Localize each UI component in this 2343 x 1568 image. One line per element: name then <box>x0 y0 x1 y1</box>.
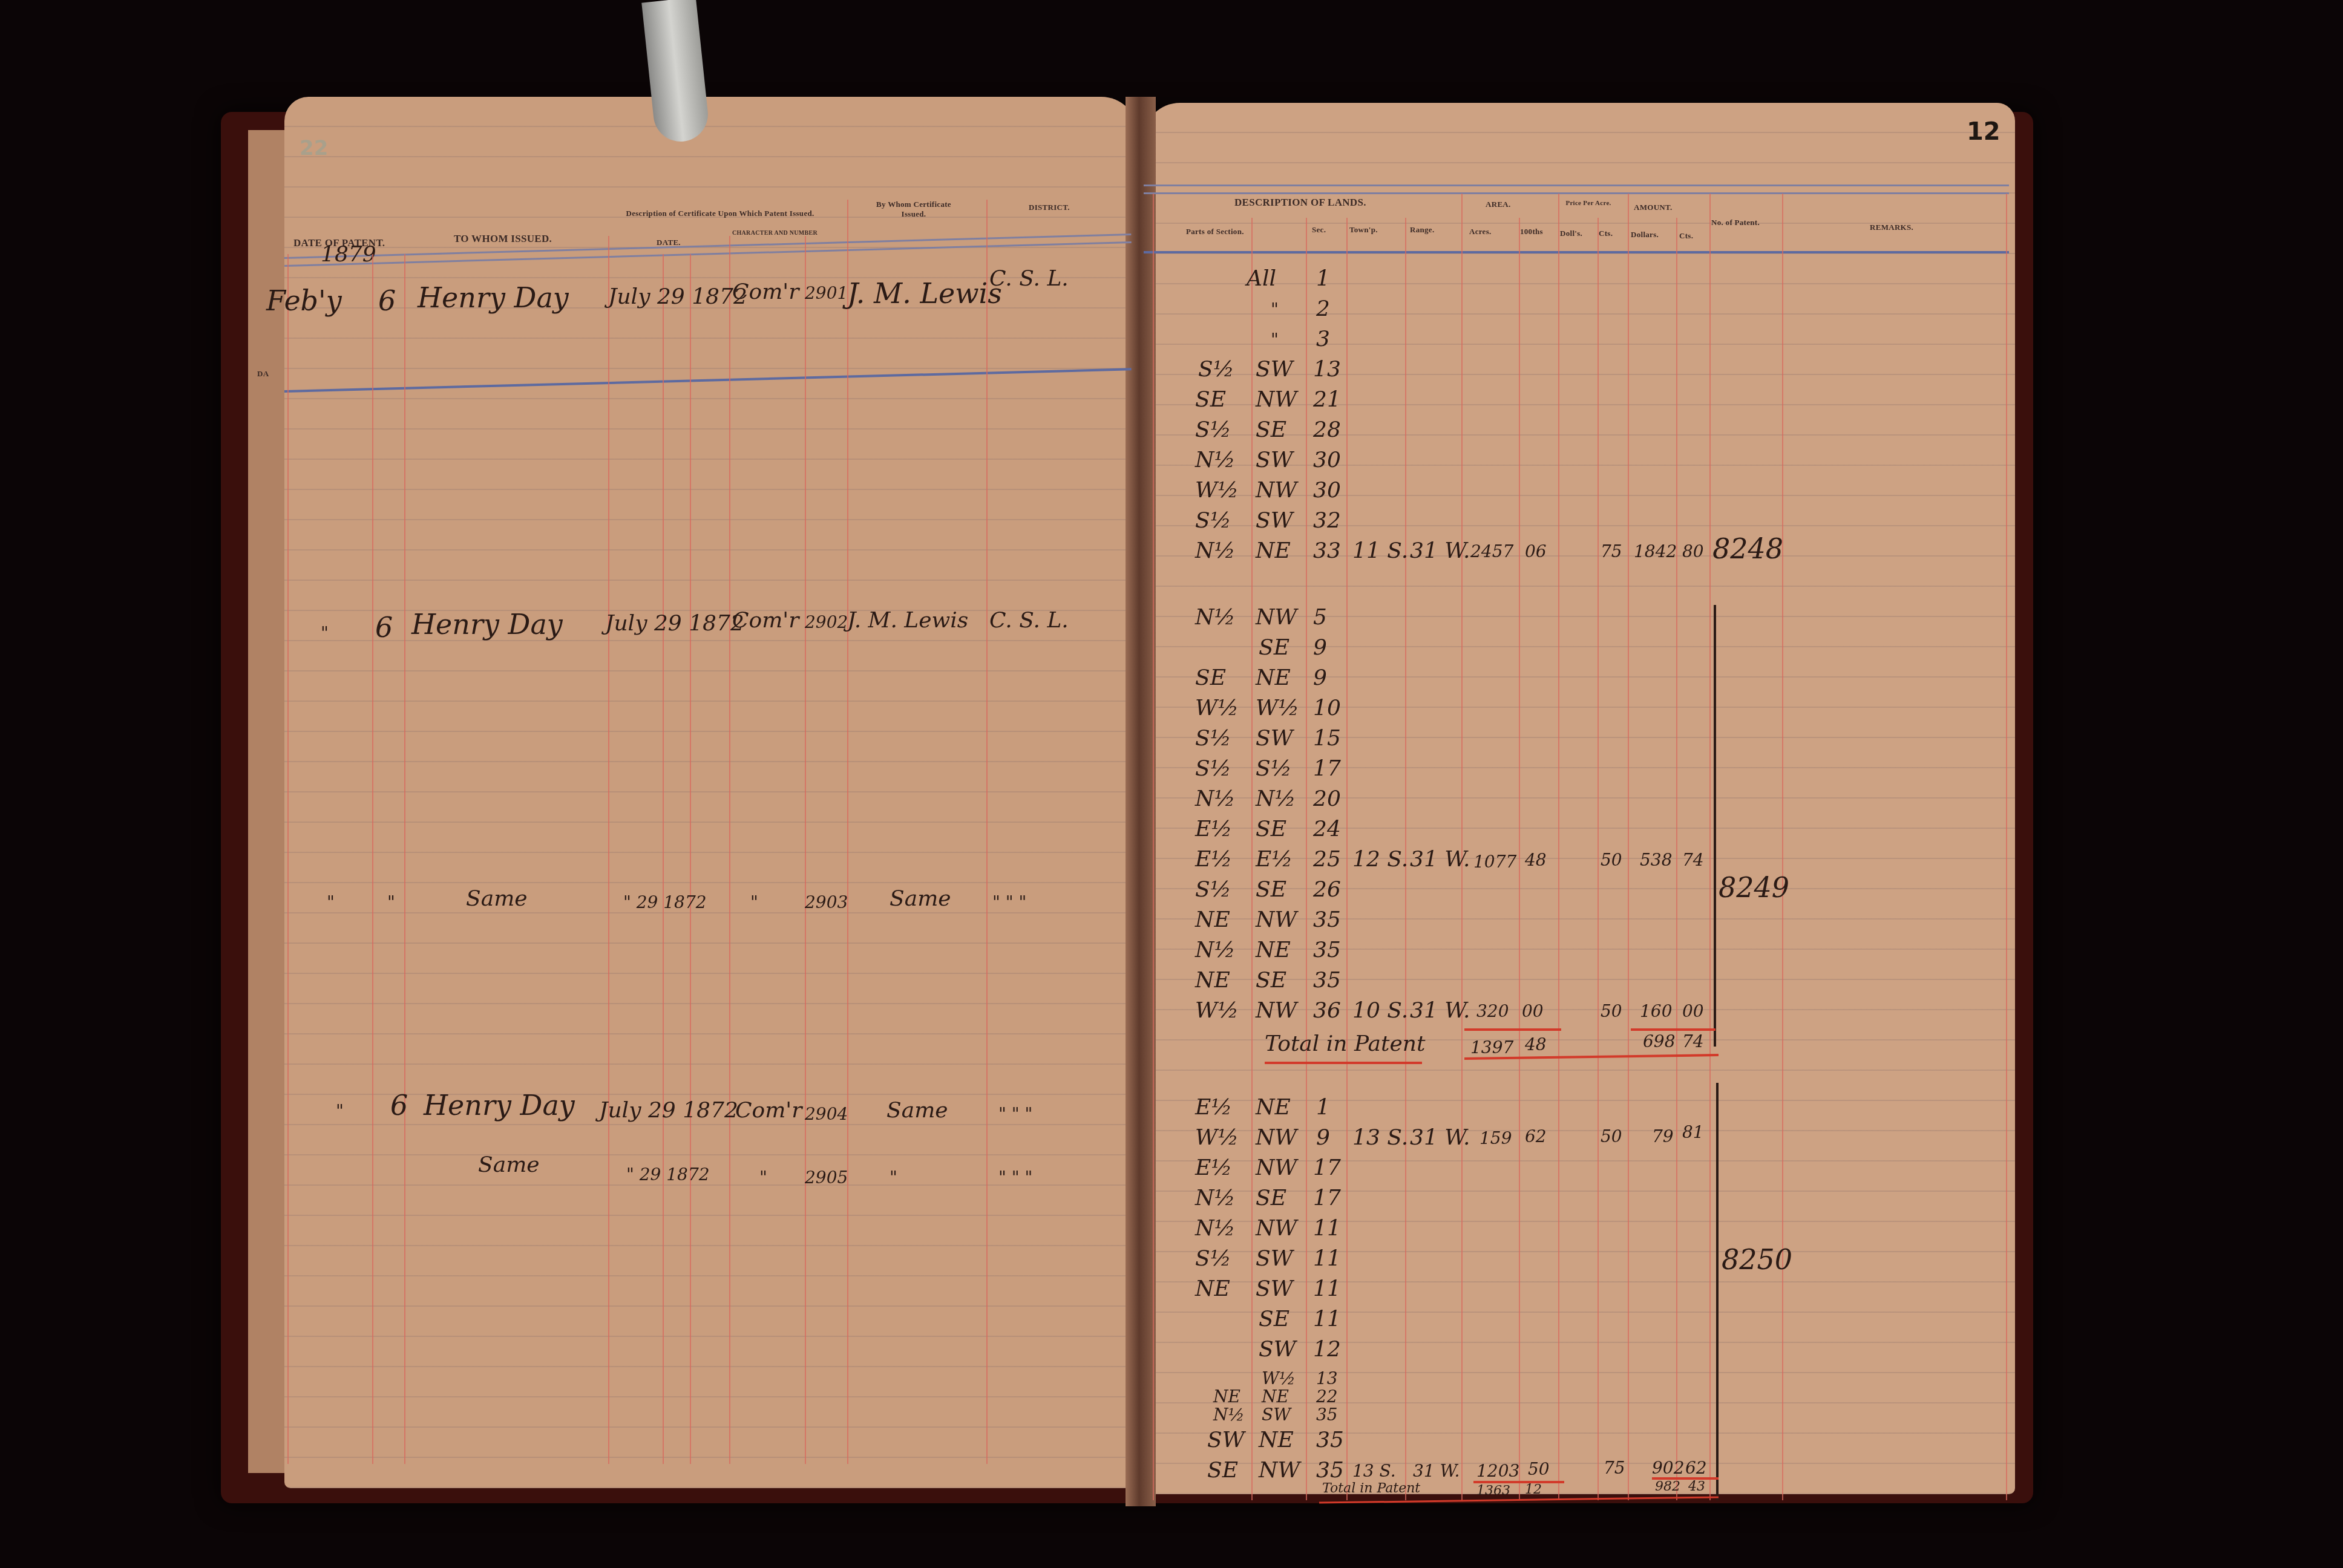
land-range: 31 W. <box>1410 847 1470 872</box>
entry-day: 6 <box>390 1089 408 1122</box>
land-sec: 33 <box>1313 538 1341 563</box>
land-cts: 74 <box>1682 850 1704 870</box>
entry-by-whom: J. M. Lewis <box>847 277 1002 310</box>
land-sec: 36 <box>1313 998 1341 1023</box>
year-label: 1879 <box>321 242 376 267</box>
land-part: N½ <box>1195 605 1235 630</box>
land-quarter: NW <box>1256 907 1297 932</box>
land-quarter: N½ <box>1256 786 1296 811</box>
land-quarter: SE <box>1256 968 1286 993</box>
land-sec: 35 <box>1313 968 1341 993</box>
entry-by-whom: J. M. Lewis <box>847 608 968 633</box>
land-part: N½ <box>1195 938 1235 962</box>
land-quarter: NE <box>1256 665 1291 690</box>
land-part: S½ <box>1195 1246 1231 1271</box>
land-quarter: NW <box>1256 478 1297 503</box>
patent-number: 8249 <box>1719 871 1789 904</box>
total-acres: 1397 <box>1470 1037 1513 1057</box>
land-sec: 35 <box>1313 938 1341 962</box>
land-sec: 22 <box>1316 1387 1338 1406</box>
total-dollars: 698 <box>1643 1031 1675 1051</box>
land-part: N½ <box>1195 538 1235 563</box>
land-part: S½ <box>1195 877 1231 902</box>
land-quarter: NW <box>1256 387 1297 412</box>
entry-cert-char: " <box>750 892 758 912</box>
land-sec: 1 <box>1316 1095 1330 1120</box>
land-quarter: NE <box>1262 1387 1289 1406</box>
land-quarter: NW <box>1256 1125 1297 1150</box>
col-rule <box>1628 194 1629 1500</box>
col-rule <box>608 236 609 1464</box>
entry-name: Same <box>466 886 528 911</box>
land-sec: 35 <box>1313 907 1341 932</box>
land-quarter: SW <box>1256 357 1293 382</box>
entry-cert-date: July 29 1872 <box>599 1098 738 1123</box>
col-rule <box>729 236 730 1464</box>
col-rule <box>1346 218 1348 1500</box>
header-to-whom-issued: TO WHOM ISSUED. <box>454 233 552 245</box>
land-sec: 35 <box>1316 1428 1344 1452</box>
col-rule <box>287 254 289 1464</box>
header-cts: Cts. <box>1599 229 1613 238</box>
col-rule <box>1597 218 1599 1500</box>
col-rule <box>2006 194 2007 1500</box>
land-sec: 30 <box>1313 478 1341 503</box>
header-price-per-acre: Price Per Acre. <box>1561 200 1616 207</box>
land-hundredths: 48 <box>1525 850 1547 870</box>
col-rule <box>805 236 806 1464</box>
land-part: E½ <box>1195 1095 1232 1120</box>
header-parts-of-section: Parts of Section. <box>1186 227 1244 237</box>
header-remarks: REMARKS. <box>1870 223 1913 232</box>
land-sec: 11 <box>1313 1307 1341 1331</box>
header-bottom-rule <box>1144 251 2009 253</box>
land-part: NE <box>1195 907 1230 932</box>
land-range: 31 W. <box>1410 1125 1470 1150</box>
land-quarter: NW <box>1259 1458 1300 1483</box>
land-hundredths: 06 <box>1525 541 1547 561</box>
land-sec: 17 <box>1313 1155 1341 1180</box>
land-part: NE <box>1213 1387 1240 1406</box>
col-rule <box>847 200 848 1464</box>
land-quarter: E½ <box>1256 847 1293 872</box>
land-dollars: 160 <box>1640 1001 1672 1021</box>
land-sec: 12 <box>1313 1337 1341 1362</box>
land-part: SW <box>1207 1428 1245 1452</box>
land-sec: 20 <box>1313 786 1341 811</box>
header-top-rule <box>1144 185 2009 194</box>
land-acres: 320 <box>1476 1001 1509 1021</box>
land-township: 13 S. <box>1352 1461 1396 1481</box>
entry-cert-date: " 29 1872 <box>626 1165 710 1184</box>
land-sec: 25 <box>1313 847 1341 872</box>
land-part: E½ <box>1195 817 1232 841</box>
entry-cert-char: Com'r <box>732 279 799 304</box>
land-part: E½ <box>1195 847 1232 872</box>
land-dollars: 1842 <box>1634 541 1677 561</box>
entry-by-whom: " <box>890 1168 897 1187</box>
land-quarter: NE <box>1259 1428 1294 1452</box>
land-quarter: All <box>1247 266 1276 291</box>
entry-day: " <box>387 892 395 912</box>
land-sec: 32 <box>1313 508 1341 533</box>
total-hundredths: 48 <box>1525 1034 1547 1054</box>
col-rule <box>1709 194 1711 1500</box>
land-price-cts: 75 <box>1601 541 1622 561</box>
land-part: W½ <box>1195 696 1239 720</box>
land-sec: 13 <box>1313 357 1341 382</box>
land-sec: 9 <box>1313 665 1327 690</box>
land-quarter: SE <box>1259 1307 1289 1331</box>
land-sec: 1 <box>1316 266 1330 291</box>
col-rule <box>690 254 691 1464</box>
land-sec: 15 <box>1313 726 1341 751</box>
land-sec: 11 <box>1313 1216 1341 1241</box>
header-township: Town'p. <box>1349 225 1378 235</box>
land-sec: 30 <box>1313 448 1341 472</box>
header-amount: AMOUNT. <box>1634 203 1673 212</box>
land-part: NE <box>1195 968 1230 993</box>
entry-by-whom: Same <box>890 886 951 911</box>
land-part: N½ <box>1195 448 1235 472</box>
col-rule <box>372 254 373 1464</box>
land-quarter: SE <box>1256 817 1286 841</box>
land-range: 31 W. <box>1410 998 1470 1023</box>
entry-cert-char: Com'r <box>735 1098 802 1123</box>
land-township: 11 S. <box>1352 538 1408 563</box>
land-quarter: SE <box>1259 635 1289 660</box>
land-quarter: NW <box>1256 998 1297 1023</box>
entry-cert-char: Com'r <box>732 608 799 633</box>
land-township: 10 S. <box>1352 998 1408 1023</box>
land-sec: 5 <box>1313 605 1327 630</box>
header-hundredths: 100ths <box>1520 227 1543 237</box>
header-description-of-lands: DESCRIPTION OF LANDS. <box>1234 197 1366 209</box>
red-underline <box>1265 1062 1422 1064</box>
red-underline <box>1464 1028 1561 1031</box>
land-price-cts: 50 <box>1601 1001 1622 1021</box>
entry-month: " <box>321 623 329 643</box>
col-rule <box>1519 218 1520 1500</box>
header-no-of-patent: No. of Patent. <box>1711 218 1760 227</box>
land-part: S½ <box>1198 357 1234 382</box>
land-sec: 9 <box>1316 1125 1330 1150</box>
col-rule <box>1153 194 1154 1500</box>
land-sec: 13 <box>1316 1368 1338 1388</box>
land-part: S½ <box>1195 417 1231 442</box>
land-hundredths: 00 <box>1522 1001 1544 1021</box>
entry-cert-number: 2903 <box>805 892 848 912</box>
entry-cert-date: July 29 1872 <box>605 611 744 636</box>
land-part: W½ <box>1195 998 1239 1023</box>
land-price-cts: 50 <box>1601 850 1622 870</box>
entry-name: Henry Day <box>424 1089 575 1122</box>
land-acres: 2457 <box>1470 541 1513 561</box>
land-part: NE <box>1195 1276 1230 1301</box>
land-sec: 2 <box>1316 296 1330 321</box>
land-acres: 1077 <box>1473 852 1516 872</box>
land-acres: 1203 <box>1476 1461 1519 1481</box>
land-sec: 26 <box>1313 877 1341 902</box>
total-label: Total in Patent <box>1265 1031 1425 1056</box>
land-township: 13 S. <box>1352 1125 1408 1150</box>
total-cts: 43 <box>1688 1479 1705 1494</box>
header-area: AREA. <box>1486 200 1511 209</box>
land-dollars: 79 <box>1652 1126 1674 1146</box>
land-quarter: NW <box>1256 605 1297 630</box>
total-cts: 74 <box>1682 1031 1704 1051</box>
land-range: 31 W. <box>1410 538 1470 563</box>
land-quarter: SW <box>1256 1246 1293 1271</box>
entry-cert-number: 2905 <box>805 1168 848 1187</box>
land-quarter: W½ <box>1256 696 1299 720</box>
entry-district: " " " <box>998 1104 1032 1124</box>
land-part: N½ <box>1195 1186 1235 1210</box>
land-quarter: NW <box>1256 1216 1297 1241</box>
land-part: SE <box>1207 1458 1238 1483</box>
land-range: 31 W. <box>1413 1461 1460 1481</box>
land-quarter: SE <box>1256 417 1286 442</box>
entry-cert-number: 2902 <box>805 612 848 632</box>
header-range: Range. <box>1410 225 1434 235</box>
patent-number: 8248 <box>1712 532 1783 565</box>
col-rule <box>1558 194 1559 1500</box>
land-cts: 00 <box>1682 1001 1704 1021</box>
entry-cert-number: 2904 <box>805 1104 848 1124</box>
header-cert-date: DATE. <box>657 238 681 247</box>
land-quarter: SE <box>1256 877 1286 902</box>
land-sec: 21 <box>1313 387 1341 412</box>
land-township: 12 S. <box>1352 847 1408 872</box>
land-sec: 17 <box>1313 756 1341 781</box>
patent-bracket <box>1714 605 1716 1047</box>
land-sec: 11 <box>1313 1276 1341 1301</box>
col-rule <box>986 200 988 1464</box>
entry-cert-number: 2901 <box>805 283 848 303</box>
header-amount-cts: Cts. <box>1679 231 1693 241</box>
header-district: DISTRICT. <box>1029 203 1070 212</box>
patent-bracket <box>1716 1083 1719 1500</box>
land-quarter: SW <box>1256 1276 1293 1301</box>
header-sec: Sec. <box>1312 225 1326 235</box>
entry-month: " <box>336 1101 344 1121</box>
entry-name: Same <box>478 1152 540 1177</box>
land-quarter: NE <box>1256 1095 1291 1120</box>
entry-cert-char: " <box>759 1168 767 1187</box>
entry-district: " " " <box>998 1168 1032 1187</box>
entry-day: 6 <box>375 611 393 644</box>
entry-cert-date: " 29 1872 <box>623 892 707 912</box>
land-part: SE <box>1195 387 1226 412</box>
land-hundredths: 50 <box>1528 1459 1550 1479</box>
book-gutter <box>1126 97 1156 1506</box>
land-price-cts: 50 <box>1601 1126 1622 1146</box>
land-part: W½ <box>1195 1125 1239 1150</box>
entry-district: " " " <box>992 892 1026 912</box>
land-quarter: SE <box>1256 1186 1286 1210</box>
col-rule <box>1782 194 1783 1500</box>
land-hundredths: 62 <box>1525 1126 1547 1146</box>
col-rule <box>1251 218 1253 1500</box>
header-dolls: Doll's. <box>1560 229 1582 238</box>
land-acres: 159 <box>1480 1128 1512 1148</box>
land-sec: 11 <box>1313 1246 1341 1271</box>
land-part: E½ <box>1195 1155 1232 1180</box>
land-part: S½ <box>1195 756 1231 781</box>
land-sec: 17 <box>1313 1186 1341 1210</box>
page-edge <box>248 130 286 1473</box>
land-part: N½ <box>1195 1216 1235 1241</box>
patent-number: 8250 <box>1722 1243 1792 1276</box>
red-underline <box>1631 1028 1715 1031</box>
header-dollars: Dollars. <box>1631 230 1659 240</box>
land-quarter: SW <box>1256 448 1293 472</box>
land-quarter: SW <box>1262 1405 1291 1425</box>
land-quarter: " <box>1271 299 1279 319</box>
header-certificate-description: Description of Certificate Upon Which Pa… <box>617 209 823 218</box>
land-quarter: NW <box>1256 1155 1297 1180</box>
entry-name: Henry Day <box>411 608 563 641</box>
page-number: 12 <box>1967 118 2001 146</box>
entry-cert-date: July 29 1872 <box>608 284 747 309</box>
land-quarter: SW <box>1256 726 1293 751</box>
land-part: W½ <box>1195 478 1239 503</box>
land-quarter: " <box>1271 330 1279 350</box>
header-by-whom: By Whom Certificate Issued. <box>865 200 962 219</box>
col-rule <box>1306 218 1307 1500</box>
col-rule <box>404 254 405 1464</box>
land-quarter: S½ <box>1256 756 1292 781</box>
land-part: SE <box>1195 665 1226 690</box>
land-sec: 24 <box>1313 817 1341 841</box>
land-part: N½ <box>1213 1405 1245 1425</box>
land-sec: 35 <box>1316 1405 1338 1425</box>
entry-district: C. S. L. <box>989 266 1069 291</box>
header-acres: Acres. <box>1469 227 1492 237</box>
land-sec: 10 <box>1313 696 1341 720</box>
land-part: S½ <box>1195 508 1231 533</box>
land-quarter: SW <box>1256 508 1293 533</box>
land-part: N½ <box>1195 786 1235 811</box>
land-quarter: NE <box>1256 938 1291 962</box>
land-cts: 81 <box>1682 1122 1704 1142</box>
land-cts: 62 <box>1685 1458 1707 1478</box>
total-label: Total in Patent <box>1322 1481 1420 1496</box>
land-quarter: NE <box>1256 538 1291 563</box>
entry-day: 6 <box>378 284 396 317</box>
land-quarter: SW <box>1259 1337 1296 1362</box>
col-rule <box>1676 218 1677 1500</box>
land-sec: 9 <box>1313 635 1327 660</box>
header-day: DA <box>257 369 269 379</box>
land-quarter: W½ <box>1262 1368 1296 1388</box>
land-part: S½ <box>1195 726 1231 751</box>
total-dollars: 982 <box>1655 1479 1680 1494</box>
total-hundredths: 12 <box>1525 1482 1542 1497</box>
entry-month: " <box>327 892 335 912</box>
entry-district: C. S. L. <box>989 608 1069 633</box>
entry-by-whom: Same <box>886 1098 948 1123</box>
land-dollars: 538 <box>1640 850 1672 870</box>
land-price-cts: 75 <box>1604 1458 1625 1478</box>
total-acres: 1363 <box>1476 1483 1510 1498</box>
land-cts: 80 <box>1682 541 1704 561</box>
land-dollars: 902 <box>1652 1458 1684 1478</box>
col-rule <box>663 254 664 1464</box>
land-sec: 3 <box>1316 327 1330 351</box>
land-sec: 35 <box>1316 1458 1344 1483</box>
entry-month: Feb'y <box>266 284 342 317</box>
entry-name: Henry Day <box>418 281 569 314</box>
land-sec: 28 <box>1313 417 1341 442</box>
ghost-page-number: 22 <box>300 136 328 160</box>
